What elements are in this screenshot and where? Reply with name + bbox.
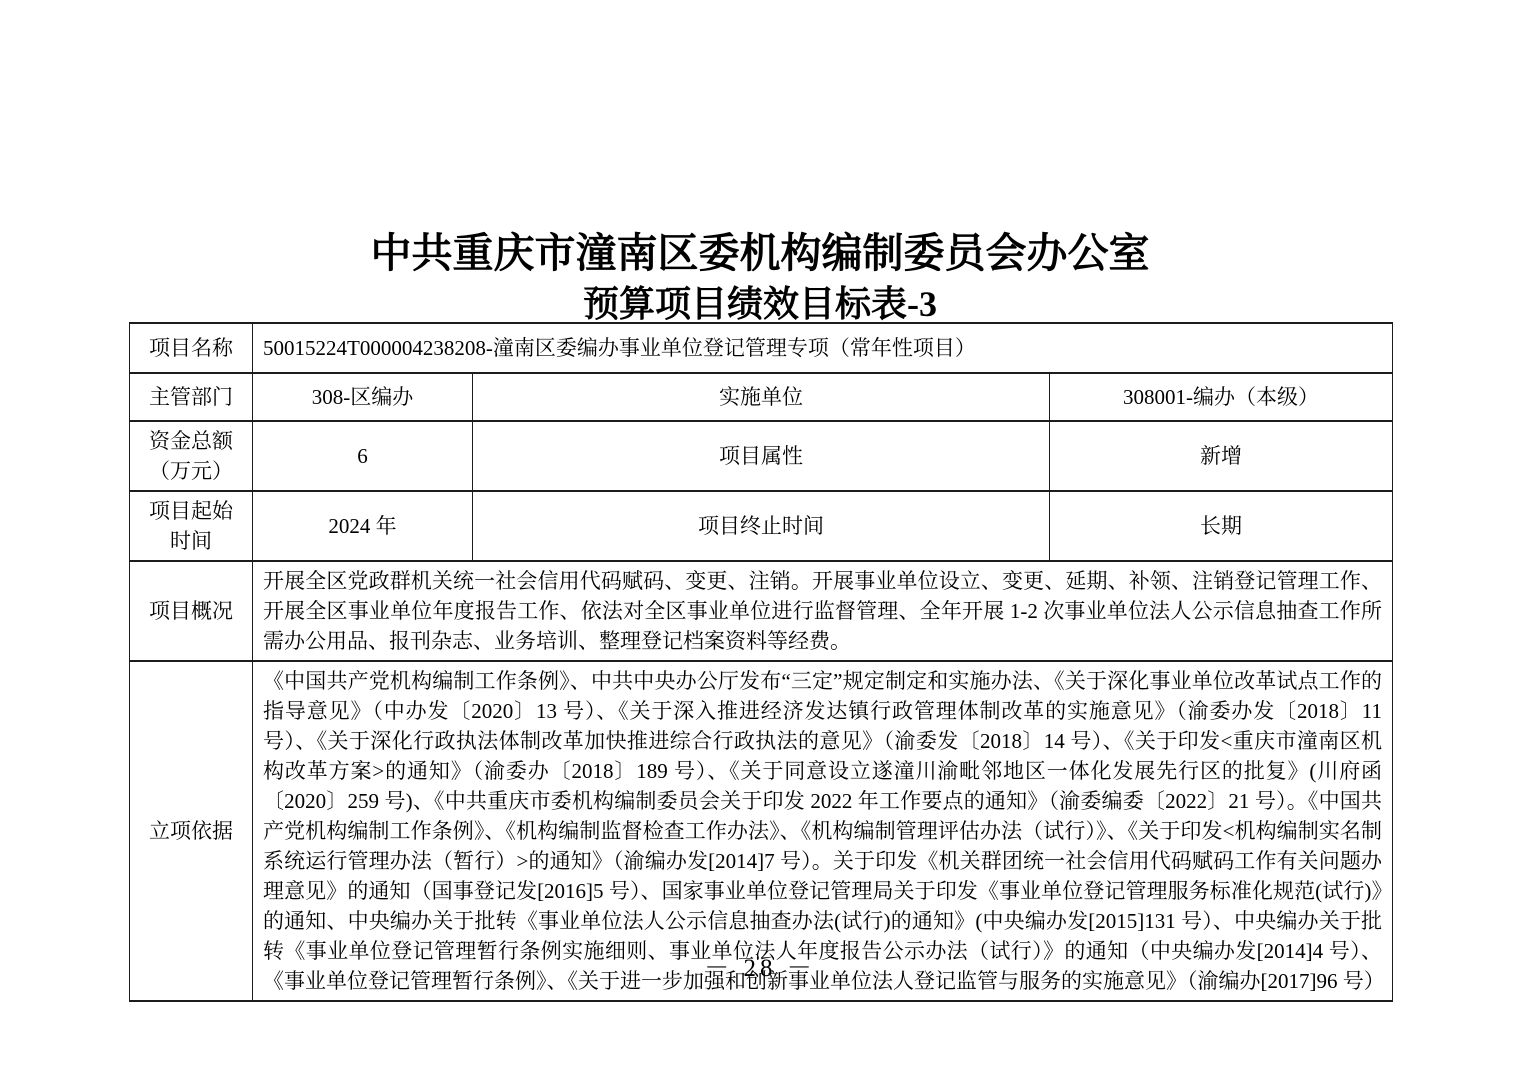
total-funds-label: 资金总额（万元） (130, 421, 253, 491)
total-funds-value: 6 (253, 421, 473, 491)
end-date-label: 项目终止时间 (473, 491, 1050, 561)
implementing-unit-value: 308001-编办（本级） (1050, 373, 1393, 421)
department-value: 308-区编办 (253, 373, 473, 421)
page-number: － 28 － (0, 948, 1520, 984)
department-label: 主管部门 (130, 373, 253, 421)
project-attribute-label: 项目属性 (473, 421, 1050, 491)
end-date-value: 长期 (1050, 491, 1393, 561)
table-row-department: 主管部门 308-区编办 实施单位 308001-编办（本级） (130, 373, 1393, 421)
project-attribute-value: 新增 (1050, 421, 1393, 491)
table-row-project-name: 项目名称 50015224T000004238208-潼南区委编办事业单位登记管… (130, 323, 1393, 373)
table-row-dates: 项目起始时间 2024 年 项目终止时间 长期 (130, 491, 1393, 561)
document-title: 中共重庆市潼南区委机构编制委员会办公室 (0, 220, 1520, 279)
implementing-unit-label: 实施单位 (473, 373, 1050, 421)
table-row-overview: 项目概况 开展全区党政群机关统一社会信用代码赋码、变更、注销。开展事业单位设立、… (130, 561, 1393, 661)
start-date-value: 2024 年 (253, 491, 473, 561)
project-overview-value: 开展全区党政群机关统一社会信用代码赋码、变更、注销。开展事业单位设立、变更、延期… (253, 561, 1393, 661)
document-subtitle: 预算项目绩效目标表-3 (0, 276, 1520, 327)
project-name-label: 项目名称 (130, 323, 253, 373)
budget-performance-table: 项目名称 50015224T000004238208-潼南区委编办事业单位登记管… (129, 322, 1393, 1002)
project-overview-label: 项目概况 (130, 561, 253, 661)
start-date-label: 项目起始时间 (130, 491, 253, 561)
project-name-value: 50015224T000004238208-潼南区委编办事业单位登记管理专项（常… (253, 323, 1393, 373)
table-row-funds: 资金总额（万元） 6 项目属性 新增 (130, 421, 1393, 491)
